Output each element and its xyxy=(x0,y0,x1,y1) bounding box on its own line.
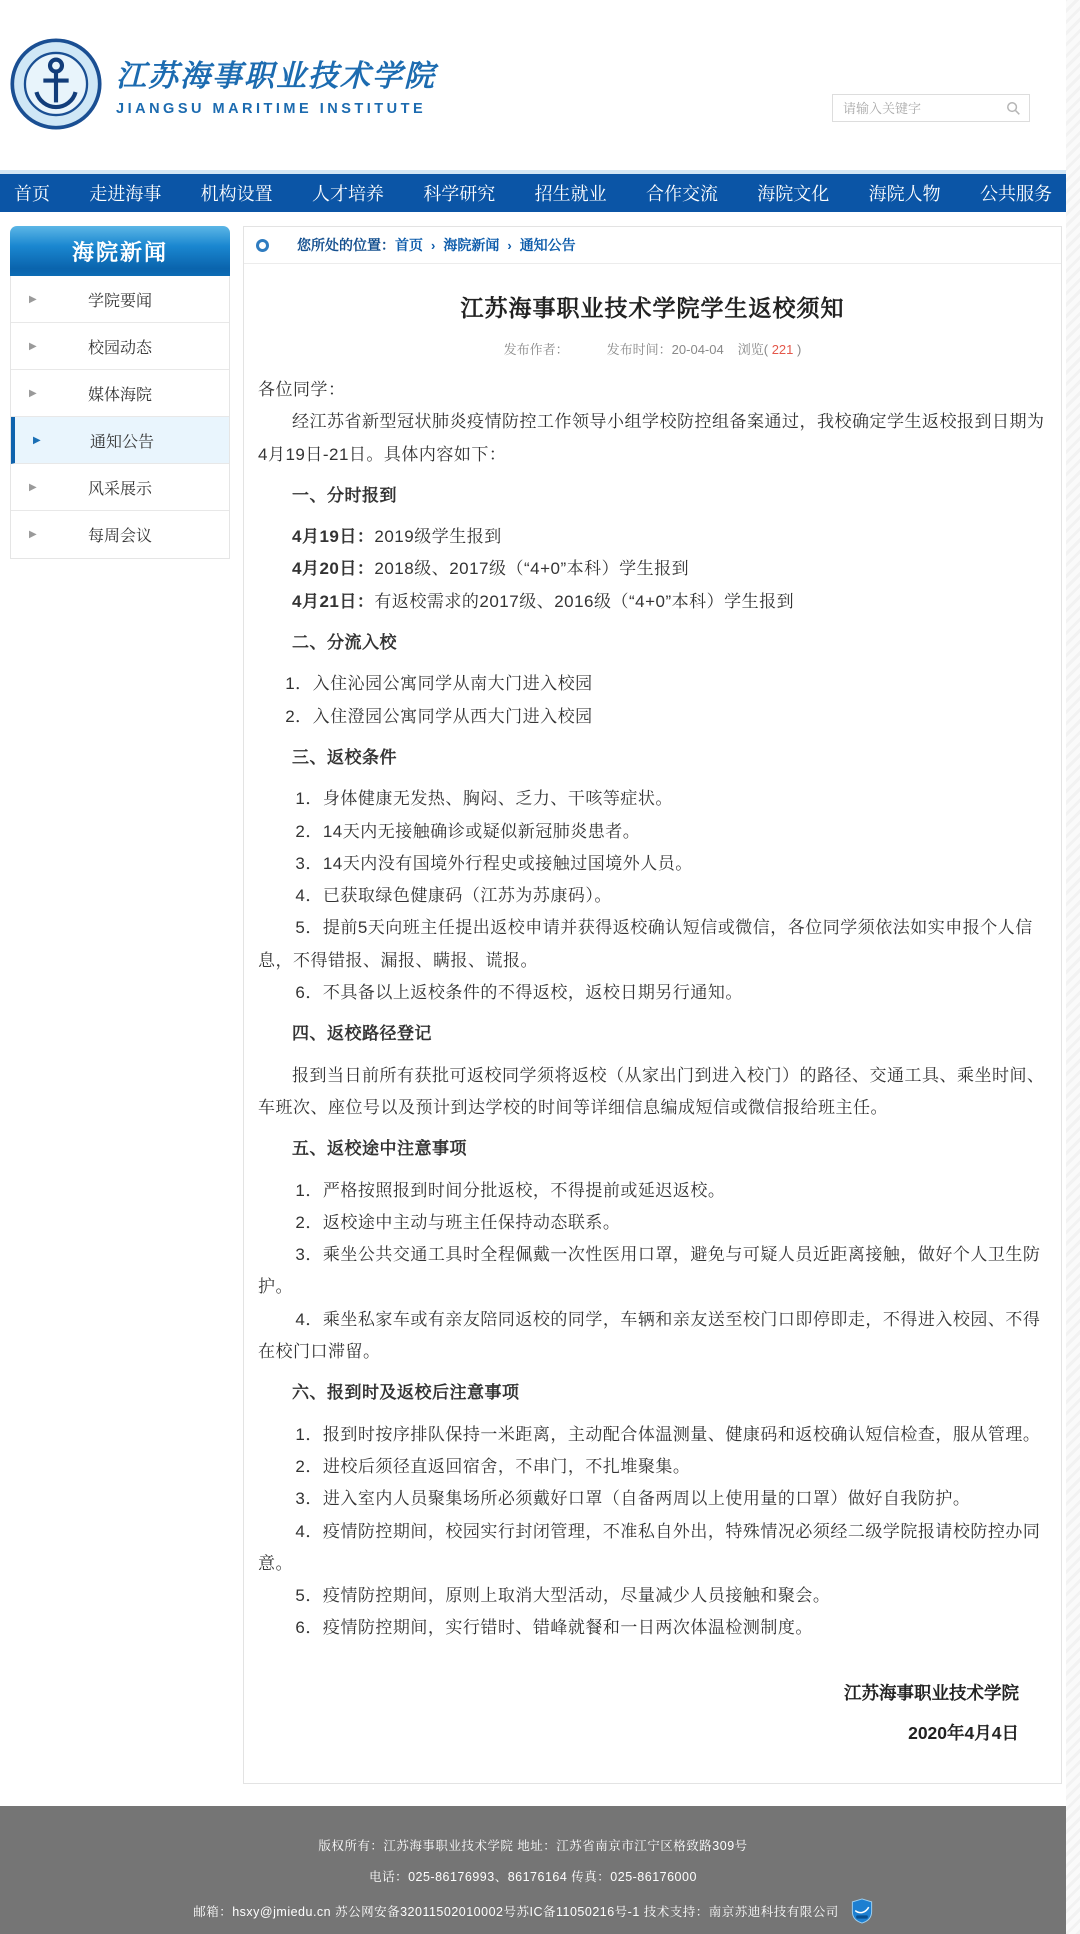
sidebar-item-label: 学院要闻 xyxy=(11,288,229,311)
sidebar-title: 海院新闻 xyxy=(10,226,230,276)
article-paragraph: 五、返校途中注意事项 xyxy=(258,1133,1047,1165)
sidebar-item-label: 媒体海院 xyxy=(11,382,229,405)
breadcrumb-link[interactable]: 海院新闻 xyxy=(443,237,499,253)
nav-item[interactable]: 招生就业 xyxy=(535,180,607,206)
article-paragraph: 4月19日：2019级学生报到 xyxy=(258,521,1047,553)
sidebar-item-label: 风采展示 xyxy=(11,476,229,499)
breadcrumb-label: 您所处的位置： xyxy=(297,235,395,255)
article-paragraph: 4．疫情防控期间，校园实行封闭管理，不准私自外出，特殊情况必须经二级学院报请校防… xyxy=(258,1516,1047,1581)
article-paragraph: 2．入住澄园公寓同学从西大门进入校园 xyxy=(258,701,1047,733)
article-body: 各位同学：经江苏省新型冠状肺炎疫情防控工作领导小组学校防控组备案通过，我校确定学… xyxy=(258,374,1047,1645)
main-area: 海院新闻 ▶学院要闻▶校园动态▶媒体海院▶通知公告▶风采展示▶每周会议 您所处的… xyxy=(0,212,1066,1784)
article-paragraph: 六、报到时及返校后注意事项 xyxy=(258,1377,1047,1409)
sidebar-item-label: 校园动态 xyxy=(11,335,229,358)
article-paragraph: 1．报到时按序排队保持一米距离，主动配合体温测量、健康码和返校确认短信检查，服从… xyxy=(258,1419,1047,1451)
nav-item[interactable]: 走进海事 xyxy=(89,180,161,206)
triangle-icon: ▶ xyxy=(29,529,37,540)
article: 江苏海事职业技术学院学生返校须知 发布作者：发布时间：20-04-04浏览( 2… xyxy=(244,290,1061,1753)
article-paragraph: 1．入住沁园公寓同学从南大门进入校园 xyxy=(258,668,1047,700)
triangle-icon: ▶ xyxy=(33,435,41,446)
article-paragraph: 4．已获取绿色健康码（江苏为苏康码）。 xyxy=(258,880,1047,912)
article-paragraph: 2．进校后须径直返回宿舍，不串门，不扎堆聚集。 xyxy=(258,1451,1047,1483)
meta-time-value: 20-04-04 xyxy=(672,342,724,357)
search-input[interactable] xyxy=(843,101,1004,116)
triangle-icon: ▶ xyxy=(29,294,37,305)
nav-item[interactable]: 公共服务 xyxy=(980,180,1052,206)
signature-school: 江苏海事职业技术学院 xyxy=(258,1673,1019,1713)
article-paragraph: 各位同学： xyxy=(258,374,1047,406)
meta-time-label: 发布时间： xyxy=(607,342,672,357)
article-paragraph: 6．不具备以上返校条件的不得返校，返校日期另行通知。 xyxy=(258,977,1047,1009)
sidebar: 海院新闻 ▶学院要闻▶校园动态▶媒体海院▶通知公告▶风采展示▶每周会议 xyxy=(10,226,230,559)
article-paragraph: 四、返校路径登记 xyxy=(258,1018,1047,1050)
breadcrumb-link[interactable]: 通知公告 xyxy=(520,237,576,253)
sidebar-item[interactable]: ▶风采展示 xyxy=(11,464,229,511)
nav-item[interactable]: 科学研究 xyxy=(423,180,495,206)
signature: 江苏海事职业技术学院 2020年4月4日 xyxy=(258,1673,1047,1754)
article-paragraph: 4月21日：有返校需求的2017级、2016级（“4+0”本科）学生报到 xyxy=(258,586,1047,618)
nav-item[interactable]: 人才培养 xyxy=(312,180,384,206)
article-paragraph: 1．身体健康无发热、胸闷、乏力、干咳等症状。 xyxy=(258,783,1047,815)
article-meta: 发布作者：发布时间：20-04-04浏览( 221 ) xyxy=(258,339,1047,358)
signature-date: 2020年4月4日 xyxy=(258,1713,1019,1753)
footer-line: 版权所有：江苏海事职业技术学院 地址：江苏省南京市江宁区格致路309号 xyxy=(0,1836,1066,1854)
school-seal-icon xyxy=(10,38,102,130)
page: 江苏海事职业技术学院 JIANGSU MARITIME INSTITUTE 首页… xyxy=(0,0,1066,1934)
footer-line-text: 邮箱：hsxy@jmiedu.cn 苏公网安备32011502010002号苏I… xyxy=(193,1905,839,1919)
article-paragraph: 3．乘坐公共交通工具时全程佩戴一次性医用口罩，避免与可疑人员近距离接触，做好个人… xyxy=(258,1239,1047,1304)
nav-item[interactable]: 海院人物 xyxy=(869,180,941,206)
footer-line: 邮箱：hsxy@jmiedu.cn 苏公网安备32011502010002号苏I… xyxy=(0,1898,1066,1924)
main-nav: 首页走进海事机构设置人才培养科学研究招生就业合作交流海院文化海院人物公共服务 xyxy=(0,170,1066,212)
security-badge-icon xyxy=(851,1898,873,1924)
sidebar-item[interactable]: ▶学院要闻 xyxy=(11,276,229,323)
article-paragraph: 报到当日前所有获批可返校同学须将返校（从家出门到进入校门）的路径、交通工具、乘坐… xyxy=(258,1060,1047,1125)
article-paragraph: 2．返校途中主动与班主任保持动态联系。 xyxy=(258,1207,1047,1239)
meta-views-suffix: ) xyxy=(797,342,801,357)
breadcrumb: 您所处的位置： 首页›海院新闻›通知公告 xyxy=(244,227,1061,264)
triangle-icon: ▶ xyxy=(29,388,37,399)
article-paragraph: 2．14天内无接触确诊或疑似新冠肺炎患者。 xyxy=(258,816,1047,848)
school-name-cn: 江苏海事职业技术学院 xyxy=(116,51,436,95)
logo-text: 江苏海事职业技术学院 JIANGSU MARITIME INSTITUTE xyxy=(116,51,436,117)
breadcrumb-links: 首页›海院新闻›通知公告 xyxy=(395,235,576,255)
breadcrumb-separator: › xyxy=(431,238,435,253)
logo-link[interactable]: 江苏海事职业技术学院 JIANGSU MARITIME INSTITUTE xyxy=(10,38,436,130)
breadcrumb-separator: › xyxy=(507,238,511,253)
footer: 版权所有：江苏海事职业技术学院 地址：江苏省南京市江宁区格致路309号 电话：0… xyxy=(0,1806,1066,1934)
article-paragraph: 4月20日：2018级、2017级（“4+0”本科）学生报到 xyxy=(258,553,1047,585)
meta-author-label: 发布作者： xyxy=(504,342,569,357)
footer-line: 电话：025-86176993、86176164 传真：025-86176000 xyxy=(0,1867,1066,1885)
article-paragraph: 1．严格按照报到时间分批返校，不得提前或延迟返校。 xyxy=(258,1175,1047,1207)
meta-views-label: 浏览( xyxy=(738,342,768,357)
triangle-icon: ▶ xyxy=(29,482,37,493)
sidebar-item[interactable]: ▶校园动态 xyxy=(11,323,229,370)
breadcrumb-link[interactable]: 首页 xyxy=(395,237,423,253)
article-paragraph: 一、分时报到 xyxy=(258,480,1047,512)
page-title: 江苏海事职业技术学院学生返校须知 xyxy=(258,290,1047,323)
search-box xyxy=(832,94,1030,122)
breadcrumb-ring-icon xyxy=(256,239,269,252)
sidebar-item[interactable]: ▶每周会议 xyxy=(11,511,229,558)
nav-item[interactable]: 首页 xyxy=(14,180,50,206)
site-header: 江苏海事职业技术学院 JIANGSU MARITIME INSTITUTE xyxy=(0,0,1066,170)
article-paragraph: 5．提前5天向班主任提出返校申请并获得返校确认短信或微信，各位同学须依法如实申报… xyxy=(258,912,1047,977)
sidebar-list: ▶学院要闻▶校园动态▶媒体海院▶通知公告▶风采展示▶每周会议 xyxy=(10,276,230,559)
search-icon[interactable] xyxy=(1004,99,1023,118)
nav-item[interactable]: 合作交流 xyxy=(646,180,718,206)
nav-item[interactable]: 海院文化 xyxy=(757,180,829,206)
article-paragraph: 二、分流入校 xyxy=(258,627,1047,659)
article-paragraph: 4．乘坐私家车或有亲友陪同返校的同学，车辆和亲友送至校门口即停即走，不得进入校园… xyxy=(258,1304,1047,1369)
sidebar-item[interactable]: ▶通知公告 xyxy=(11,417,229,464)
article-paragraph: 三、返校条件 xyxy=(258,742,1047,774)
sidebar-item[interactable]: ▶媒体海院 xyxy=(11,370,229,417)
article-paragraph: 3．14天内没有国境外行程史或接触过国境外人员。 xyxy=(258,848,1047,880)
triangle-icon: ▶ xyxy=(29,341,37,352)
article-paragraph: 经江苏省新型冠状肺炎疫情防控工作领导小组学校防控组备案通过，我校确定学生返校报到… xyxy=(258,406,1047,471)
school-name-en: JIANGSU MARITIME INSTITUTE xyxy=(116,101,436,117)
article-paragraph: 3．进入室内人员聚集场所必须戴好口罩（自备两周以上使用量的口罩）做好自我防护。 xyxy=(258,1483,1047,1515)
meta-views-count: 221 xyxy=(772,342,794,357)
content-panel: 您所处的位置： 首页›海院新闻›通知公告 江苏海事职业技术学院学生返校须知 发布… xyxy=(243,226,1062,1784)
article-paragraph: 5．疫情防控期间，原则上取消大型活动，尽量减少人员接触和聚会。 xyxy=(258,1580,1047,1612)
sidebar-item-label: 通知公告 xyxy=(15,429,229,452)
article-paragraph: 6．疫情防控期间，实行错时、错峰就餐和一日两次体温检测制度。 xyxy=(258,1612,1047,1644)
sidebar-item-label: 每周会议 xyxy=(11,523,229,546)
nav-item[interactable]: 机构设置 xyxy=(201,180,273,206)
